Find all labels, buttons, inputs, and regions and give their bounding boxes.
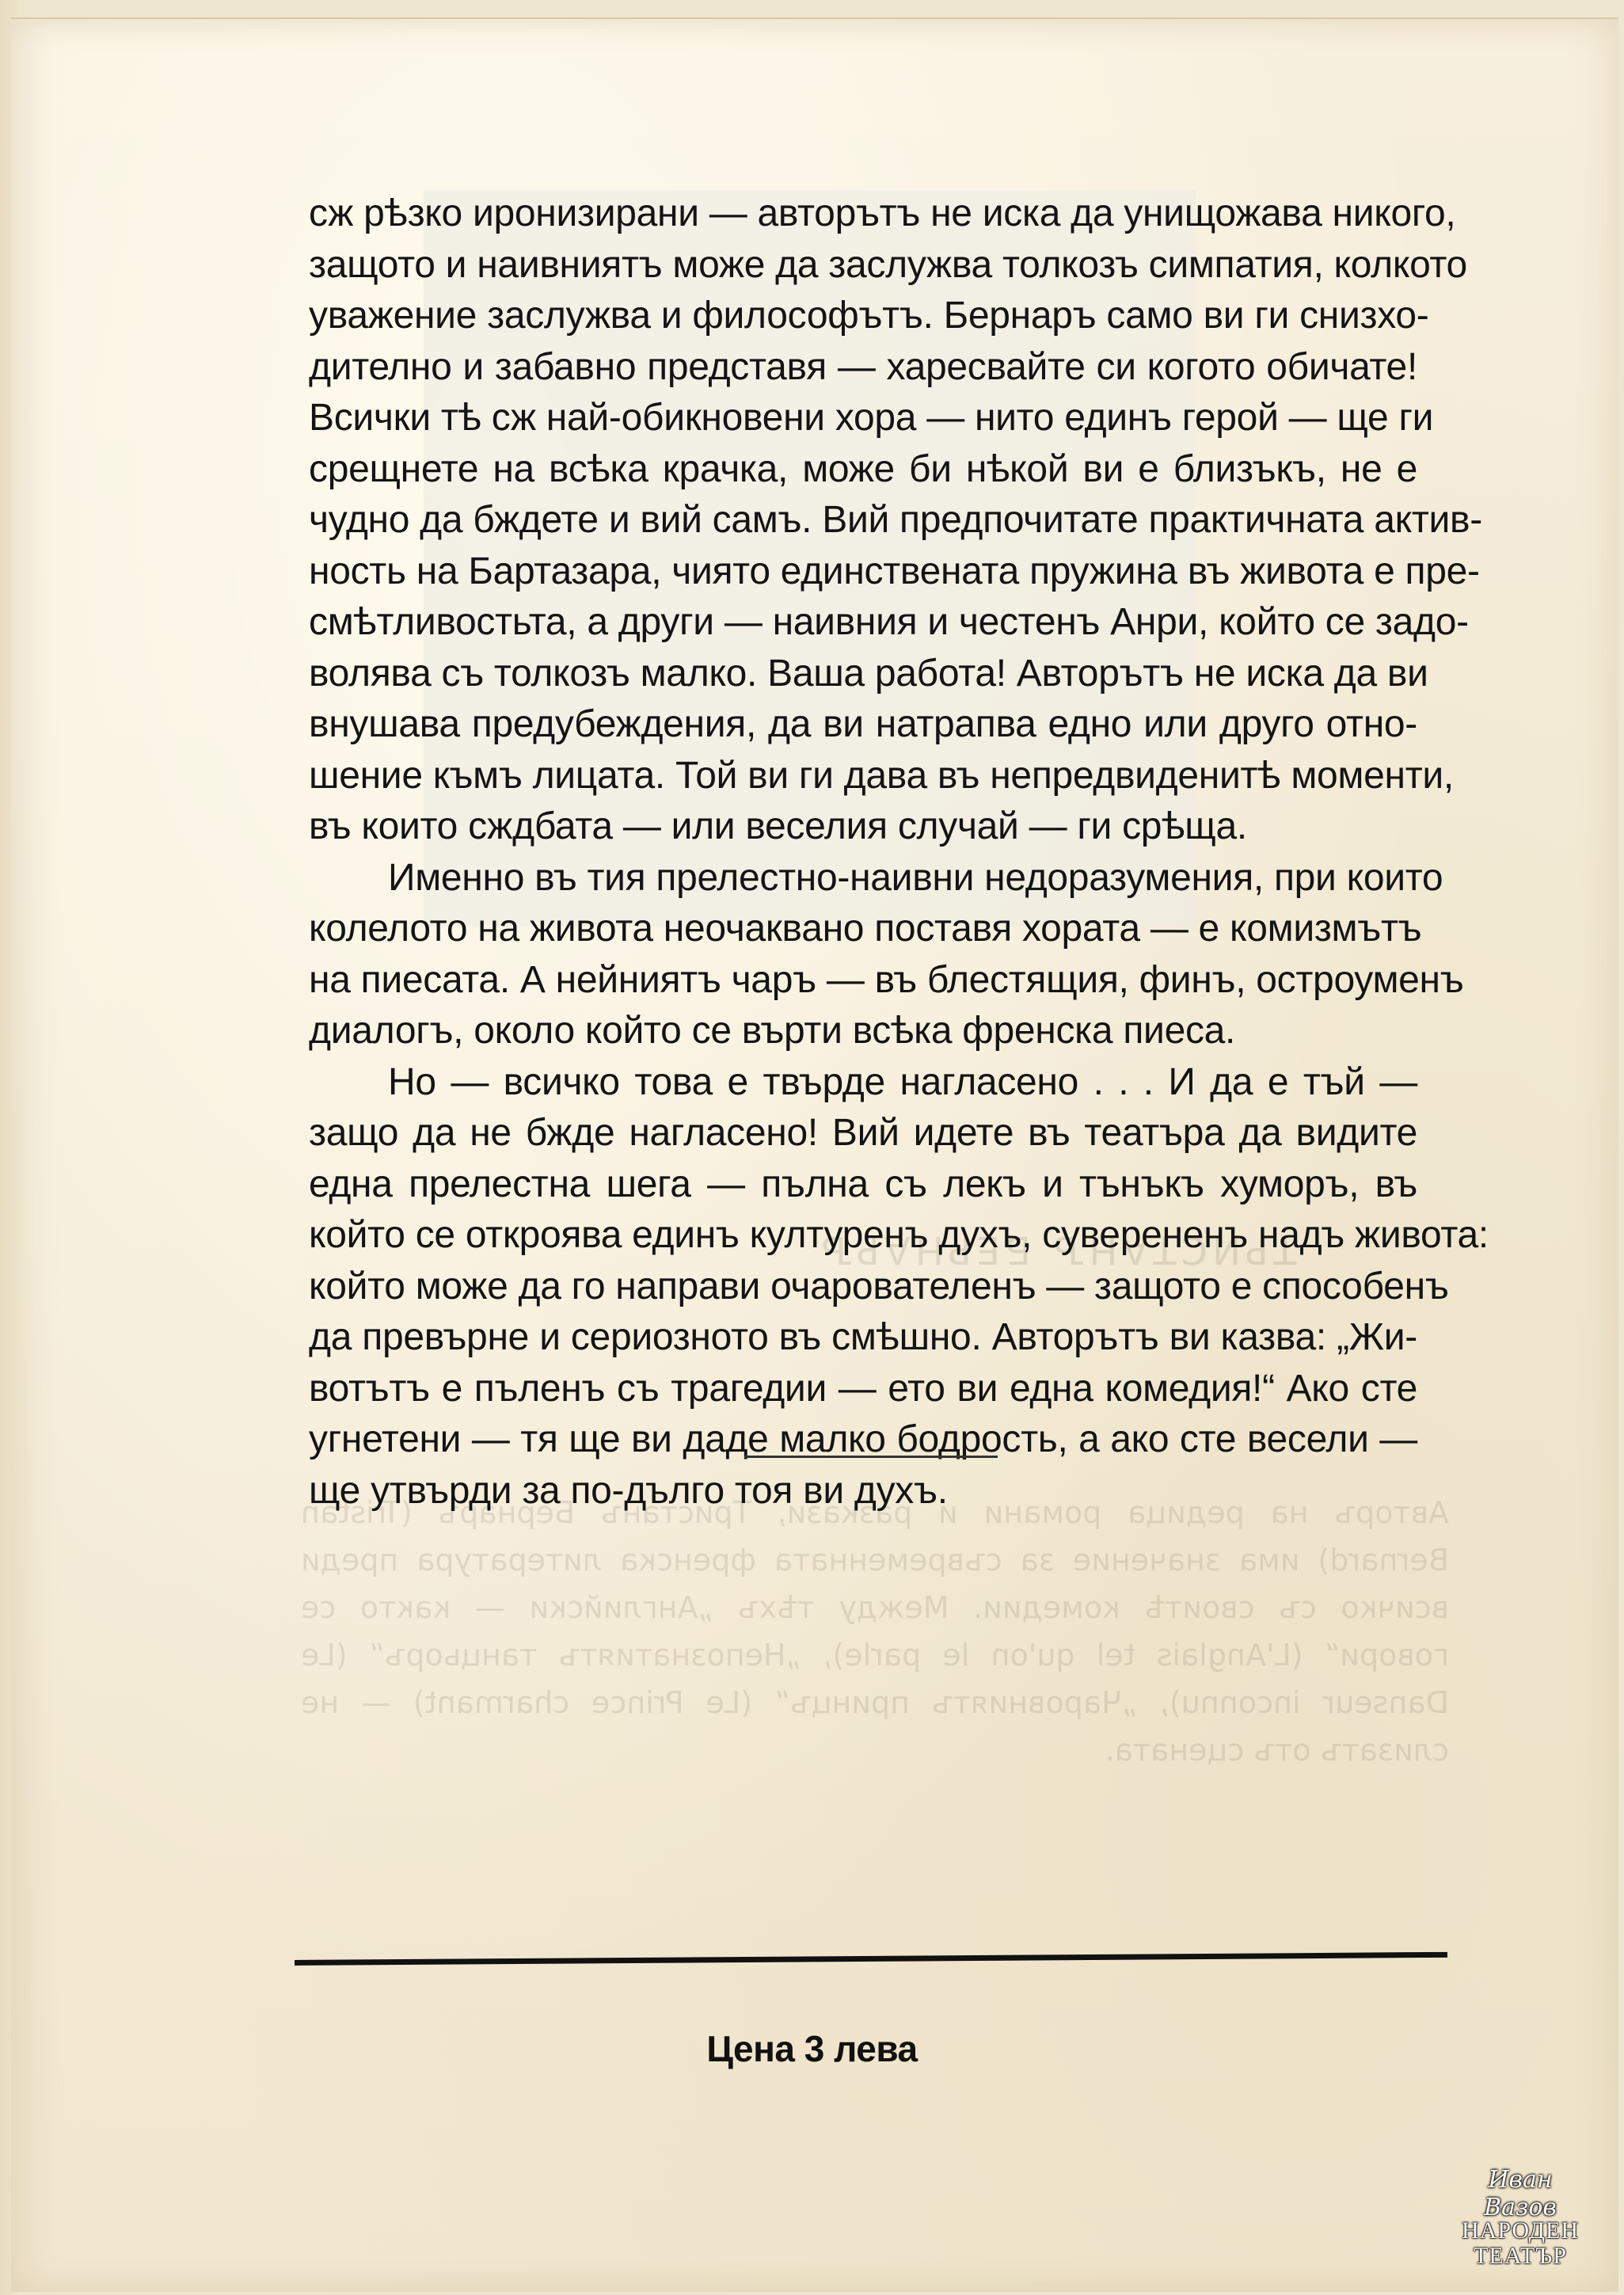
text-line: чудно да бждете и вий самъ. Вий предпочи… bbox=[309, 495, 1417, 546]
text-line: смѣтливостьта, а други — наивния и честе… bbox=[309, 597, 1417, 649]
text-line: който може да го направи очарователенъ —… bbox=[309, 1262, 1417, 1313]
section-divider-short bbox=[744, 1456, 998, 1458]
text-line: защото и наивниятъ може да заслужва толк… bbox=[309, 240, 1417, 291]
text-line: Всички тѣ сж най-обикновени хора — нито … bbox=[309, 393, 1417, 444]
text-line: Но — всичко това е твърде нагласено . . … bbox=[309, 1057, 1417, 1109]
national-theatre-logo: Иван Вазов НАРОДЕН ТЕАТЪР bbox=[1449, 2166, 1592, 2277]
text-line: колелото на живота неочаквано поставя хо… bbox=[309, 904, 1417, 955]
text-line: внушава предубеждения, да ви натрапва ед… bbox=[309, 699, 1417, 751]
text-line: вотътъ е пъленъ съ трагедии — ето ви едн… bbox=[309, 1364, 1417, 1415]
text-line: който се откроява единъ културенъ духъ, … bbox=[309, 1210, 1417, 1262]
text-line: дително и забавно представя — харесвайте… bbox=[309, 342, 1417, 394]
price-label: Цена 3 лева bbox=[0, 2027, 1624, 2070]
text-line: диалогъ, около който се върти всѣка френ… bbox=[309, 1006, 1417, 1057]
logo-line-1: НАРОДЕН bbox=[1449, 2218, 1592, 2244]
paragraph-3: Но — всичко това е твърде нагласено . . … bbox=[309, 1057, 1417, 1517]
paragraph-1: сж рѣзко иронизирани — авторътъ не иска … bbox=[309, 188, 1417, 853]
bleed-through-text: Авторъ на редица романи и разкази, Трист… bbox=[301, 1489, 1449, 1774]
text-line: уважение заслужва и философътъ. Бернаръ … bbox=[309, 291, 1417, 342]
logo-line-2: ТЕАТЪР bbox=[1449, 2244, 1592, 2269]
text-line: волява съ толкозъ малко. Ваша работа! Ав… bbox=[309, 649, 1417, 700]
text-line: ность на Бартазара, чиято единствената п… bbox=[309, 546, 1417, 598]
text-line: на пиесата. А нейниятъ чаръ — въ блестящ… bbox=[309, 955, 1417, 1007]
text-line: шение къмъ лицата. Той ви ги дава въ неп… bbox=[309, 751, 1417, 802]
text-line: Именно въ тия прелестно-наивни недоразум… bbox=[309, 853, 1417, 904]
text-line: ще утвърди за по-дълго тоя ви духъ. bbox=[309, 1466, 1417, 1517]
article-body: сж рѣзко иронизирани — авторътъ не иска … bbox=[309, 188, 1417, 1517]
text-line: сж рѣзко иронизирани — авторътъ не иска … bbox=[309, 188, 1417, 240]
text-line: срещнете на всѣка крачка, може би нѣкой … bbox=[309, 444, 1417, 496]
text-line: да превърне и сериозното въ смѣшно. Авто… bbox=[309, 1312, 1417, 1364]
text-line: една прелестна шега — пълна съ лекъ и тъ… bbox=[309, 1159, 1417, 1211]
text-line: въ които сждбата — или веселия случай — … bbox=[309, 801, 1417, 853]
text-line: защо да не бжде нагласено! Вий идете въ … bbox=[309, 1108, 1417, 1159]
logo-signature: Иван Вазов bbox=[1449, 2166, 1592, 2221]
paragraph-2: Именно въ тия прелестно-наивни недоразум… bbox=[309, 853, 1417, 1057]
